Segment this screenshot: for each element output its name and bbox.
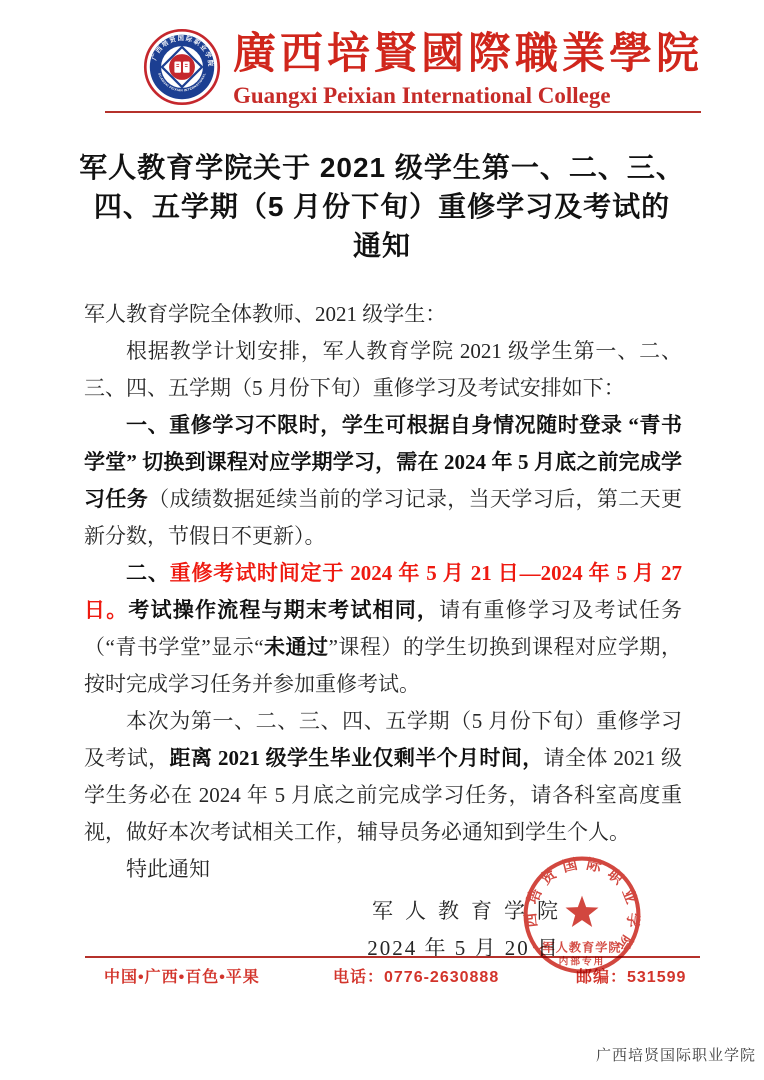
- notice-paragraph-4: 本次为第一、二、三、四、五学期（5 月份下旬）重修学习及考试，距离 2021 级…: [84, 703, 682, 851]
- header-divider: [105, 111, 701, 113]
- notice-title: 军人教育学院关于 2021 级学生第一、二、三、 四、五学期（5 月份下旬）重修…: [60, 148, 704, 265]
- notice-title-line-1: 军人教育学院关于 2021 级学生第一、二、三、: [60, 148, 704, 187]
- official-seal: 广西培贤国际职业学院 军人教育学院 内部专用: [521, 854, 643, 976]
- text-run: 二、: [126, 561, 170, 585]
- salutation: 军人教育学院全体教师、2021 级学生：: [84, 296, 682, 333]
- seal-star-icon: [566, 896, 599, 927]
- text-run: 未通过: [264, 635, 329, 659]
- college-logo: 广西培贤国际职业学院 GUANGXI PEIXIAN INTERNATIONAL…: [142, 27, 222, 107]
- notice-title-line-2: 四、五学期（5 月份下旬）重修学习及考试的: [60, 187, 704, 226]
- seal-unit-name: 军人教育学院: [542, 940, 621, 955]
- notice-paragraph-2: 一、重修学习不限时，学生可根据自身情况随时登录 “青书学堂” 切换到课程对应学期…: [84, 407, 682, 555]
- notice-title-line-3: 通知: [60, 226, 704, 265]
- footer-phone: 电话：0776-2630888: [333, 964, 499, 987]
- letterfoot: 中国•广西•百色•平果 电话：0776-2630888 邮编：531599: [0, 956, 764, 996]
- college-name-en: Guangxi Peixian International College: [233, 82, 703, 110]
- corner-watermark: 广西培贤国际职业学院: [596, 1044, 756, 1065]
- notice-document-page: 广西培贤国际职业学院 GUANGXI PEIXIAN INTERNATIONAL…: [0, 0, 764, 1080]
- text-run: （成绩数据延续当前的学习记录，当天学习后，第二天更新分数，节假日不更新）。: [84, 487, 682, 548]
- seal-usage-label: 内部专用: [559, 955, 606, 967]
- letterhead-titles: 廣西培賢國際職業學院 Guangxi Peixian International…: [233, 30, 703, 110]
- text-run: 考试操作流程与期末考试相同，: [128, 598, 439, 622]
- notice-paragraph-3: 二、重修考试时间定于 2024 年 5 月 21 日—2024 年 5 月 27…: [84, 555, 682, 703]
- footer-location: 中国•广西•百色•平果: [104, 964, 260, 987]
- college-name-cn: 廣西培賢國際職業學院: [233, 30, 703, 80]
- letterhead: 广西培贤国际职业学院 GUANGXI PEIXIAN INTERNATIONAL…: [0, 0, 764, 115]
- text-run: 根据教学计划安排，军人教育学院 2021 级学生第一、二、三、四、五学期（5 月…: [84, 339, 682, 400]
- text-run: 距离 2021 级学生毕业仅剩半个月时间，: [170, 746, 544, 770]
- notice-paragraph-1: 根据教学计划安排，军人教育学院 2021 级学生第一、二、三、四、五学期（5 月…: [84, 333, 682, 407]
